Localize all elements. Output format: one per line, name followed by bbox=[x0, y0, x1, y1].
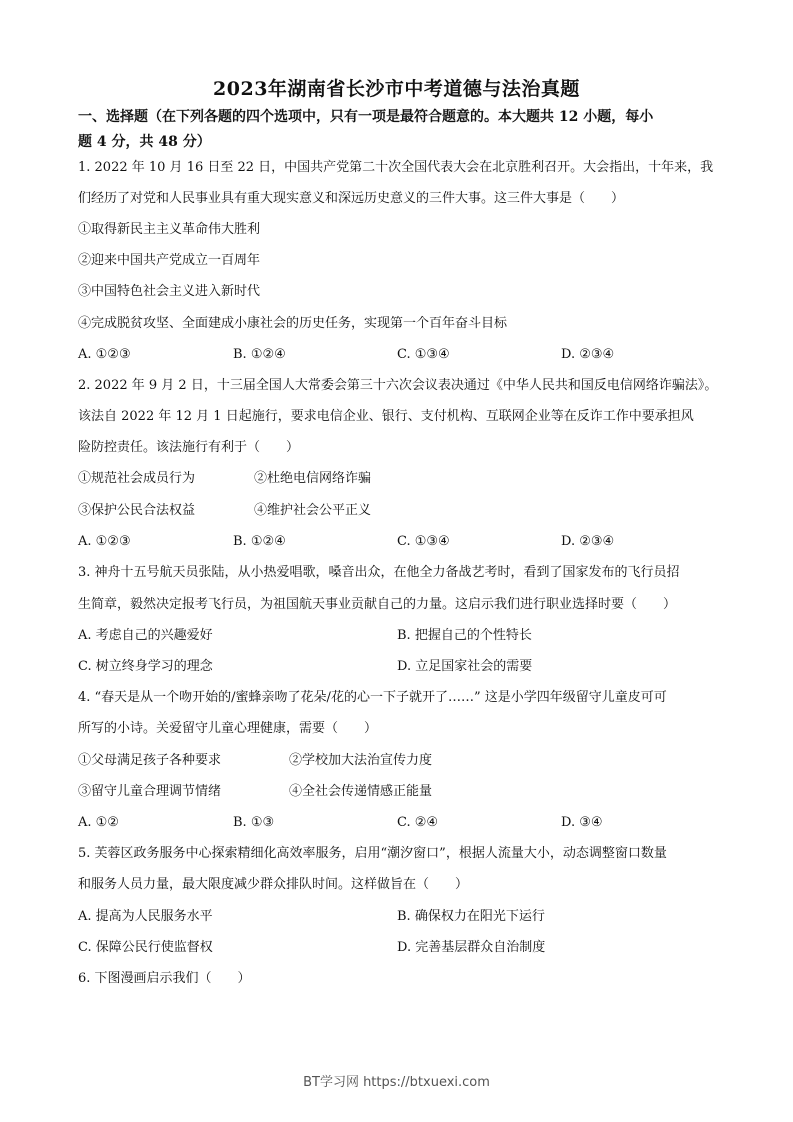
question-1-statement-1: ①取得新民主主义革命伟大胜利 bbox=[78, 221, 738, 239]
question-1-stem-line-2: 们经历了对党和人民事业具有重大现实意义和深远历史意义的三件大事。这三件大事是（ … bbox=[78, 190, 738, 208]
question-4-option-a: A. ①② bbox=[78, 814, 119, 832]
section-heading-line-1: 一、选择题（在下列各题的四个选项中，只有一项是最符合题意的。本大题共 12 小题… bbox=[78, 105, 728, 130]
section-heading-line-2: 题 4 分，共 48 分） bbox=[78, 130, 728, 155]
question-5-option-d: D. 完善基层群众自治制度 bbox=[397, 939, 545, 957]
question-3-option-a: A. 考虑自己的兴趣爱好 bbox=[78, 627, 213, 645]
question-3-option-b: B. 把握自己的个性特长 bbox=[397, 627, 532, 645]
question-2-stem-line-3: 险防控责任。该法施行有利于（ ） bbox=[78, 439, 738, 457]
question-2-option-b: B. ①②④ bbox=[233, 533, 286, 551]
question-1-option-d: D. ②③④ bbox=[561, 346, 614, 364]
question-3-option-d: D. 立足国家社会的需要 bbox=[397, 658, 532, 676]
question-3-stem-line-2: 生简章，毅然决定报考飞行员，为祖国航天事业贡献自己的力量。这启示我们进行职业选择… bbox=[78, 596, 738, 614]
question-1-statement-2: ②迎来中国共产党成立一百周年 bbox=[78, 252, 738, 270]
exam-page: 2023年湖南省长沙市中考道德与法治真题 一、选择题（在下列各题的四个选项中，只… bbox=[0, 0, 793, 1122]
page-title: 2023年湖南省长沙市中考道德与法治真题 bbox=[0, 74, 793, 101]
question-2-option-c: C. ①③④ bbox=[397, 533, 450, 551]
question-4-option-d: D. ③④ bbox=[561, 814, 603, 832]
question-2-statement-3: ③保护公民合法权益 bbox=[78, 502, 195, 520]
question-4-statement-3: ③留守儿童合理调节情绪 bbox=[78, 783, 221, 801]
question-4-statement-1: ①父母满足孩子各种要求 bbox=[78, 752, 221, 770]
section-heading: 一、选择题（在下列各题的四个选项中，只有一项是最符合题意的。本大题共 12 小题… bbox=[78, 105, 728, 155]
question-2-option-a: A. ①②③ bbox=[78, 533, 131, 551]
question-4-option-c: C. ②④ bbox=[397, 814, 438, 832]
question-5-option-b: B. 确保权力在阳光下运行 bbox=[397, 908, 545, 926]
footer-watermark: BT学习网 https://btxuexi.com bbox=[0, 1071, 793, 1090]
question-2-statement-1: ①规范社会成员行为 bbox=[78, 470, 195, 488]
question-3-stem-line-1: 3. 神舟十五号航天员张陆，从小热爱唱歌，嗓音出众，在他全力备战艺考时，看到了国… bbox=[78, 564, 738, 582]
question-2-statement-2: ②杜绝电信网络诈骗 bbox=[254, 470, 371, 488]
question-2-stem-line-2: 该法自 2022 年 12 月 1 日起施行，要求电信企业、银行、支付机构、互联… bbox=[78, 408, 738, 426]
question-1-statement-3: ③中国特色社会主义进入新时代 bbox=[78, 283, 738, 301]
question-1-option-b: B. ①②④ bbox=[233, 346, 286, 364]
question-5-option-a: A. 提高为人民服务水平 bbox=[78, 908, 213, 926]
question-1-stem-line-1: 1. 2022 年 10 月 16 日至 22 日，中国共产党第二十次全国代表大… bbox=[78, 159, 738, 177]
question-1-statement-4: ④完成脱贫攻坚、全面建成小康社会的历史任务，实现第一个百年奋斗目标 bbox=[78, 315, 738, 333]
question-2-stem-line-1: 2. 2022 年 9 月 2 日，十三届全国人大常委会第三十六次会议表决通过《… bbox=[78, 377, 738, 395]
question-5-option-c: C. 保障公民行使监督权 bbox=[78, 939, 213, 957]
question-4-statement-2: ②学校加大法治宣传力度 bbox=[289, 752, 432, 770]
question-4-statement-4: ④全社会传递情感正能量 bbox=[289, 783, 432, 801]
question-3-option-c: C. 树立终身学习的理念 bbox=[78, 658, 213, 676]
question-6-stem-line-1: 6. 下图漫画启示我们（ ） bbox=[78, 970, 738, 988]
question-4-stem-line-1: 4. “春天是从一个吻开始的/蜜蜂亲吻了花朵/花的心一下子就开了……” 这是小学… bbox=[78, 689, 738, 707]
question-2-option-d: D. ②③④ bbox=[561, 533, 614, 551]
question-1-option-a: A. ①②③ bbox=[78, 346, 131, 364]
question-5-stem-line-2: 和服务人员力量，最大限度减少群众排队时间。这样做旨在（ ） bbox=[78, 876, 738, 894]
question-4-option-b: B. ①③ bbox=[233, 814, 274, 832]
question-2-statement-4: ④维护社会公平正义 bbox=[254, 502, 371, 520]
question-4-stem-line-2: 所写的小诗。关爱留守儿童心理健康，需要（ ） bbox=[78, 720, 738, 738]
question-5-stem-line-1: 5. 芙蓉区政务服务中心探索精细化高效率服务，启用“潮汐窗口”，根据人流量大小，… bbox=[78, 845, 738, 863]
question-1-option-c: C. ①③④ bbox=[397, 346, 450, 364]
